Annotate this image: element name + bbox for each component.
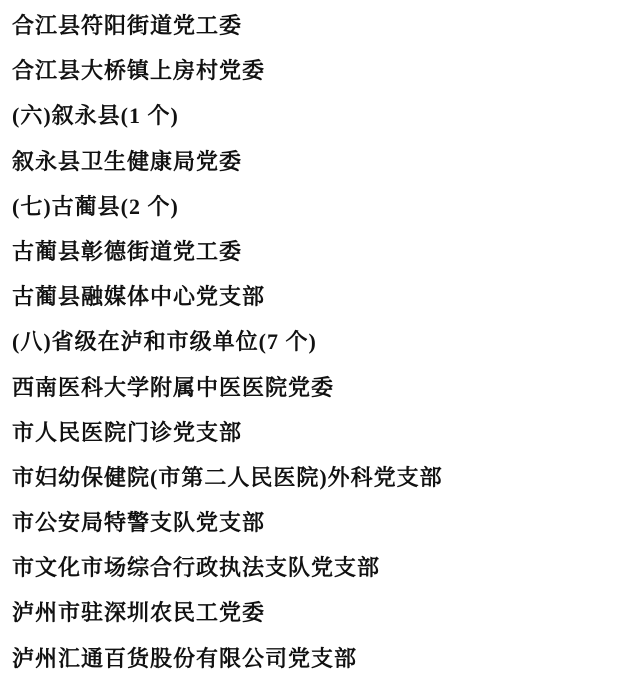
section-header: (八)省级在泸和市级单位(7 个) <box>12 319 630 364</box>
list-item-org: 叙永县卫生健康局党委 <box>12 139 630 184</box>
document-page: 合江县符阳街道党工委 合江县大桥镇上房村党委 (六)叙永县(1 个) 叙永县卫生… <box>0 0 640 681</box>
list-item-org: 西南医科大学附属中医医院党委 <box>12 365 630 410</box>
list-item-org: 市文化市场综合行政执法支队党支部 <box>12 545 630 590</box>
list-item-org: 泸州汇通百货股份有限公司党支部 <box>12 636 630 681</box>
list-item-org: 合江县大桥镇上房村党委 <box>12 48 630 93</box>
list-item-org: 泸州市驻深圳农民工党委 <box>12 590 630 635</box>
section-header: (七)古蔺县(2 个) <box>12 184 630 229</box>
list-item-org: 合江县符阳街道党工委 <box>12 3 630 48</box>
list-item-org: 市人民医院门诊党支部 <box>12 410 630 455</box>
list-item-org: 市妇幼保健院(市第二人民医院)外科党支部 <box>12 455 630 500</box>
list-item-org: 市公安局特警支队党支部 <box>12 500 630 545</box>
section-header: (六)叙永县(1 个) <box>12 93 630 138</box>
list-item-org: 古蔺县融媒体中心党支部 <box>12 274 630 319</box>
list-item-org: 古蔺县彰德街道党工委 <box>12 229 630 274</box>
